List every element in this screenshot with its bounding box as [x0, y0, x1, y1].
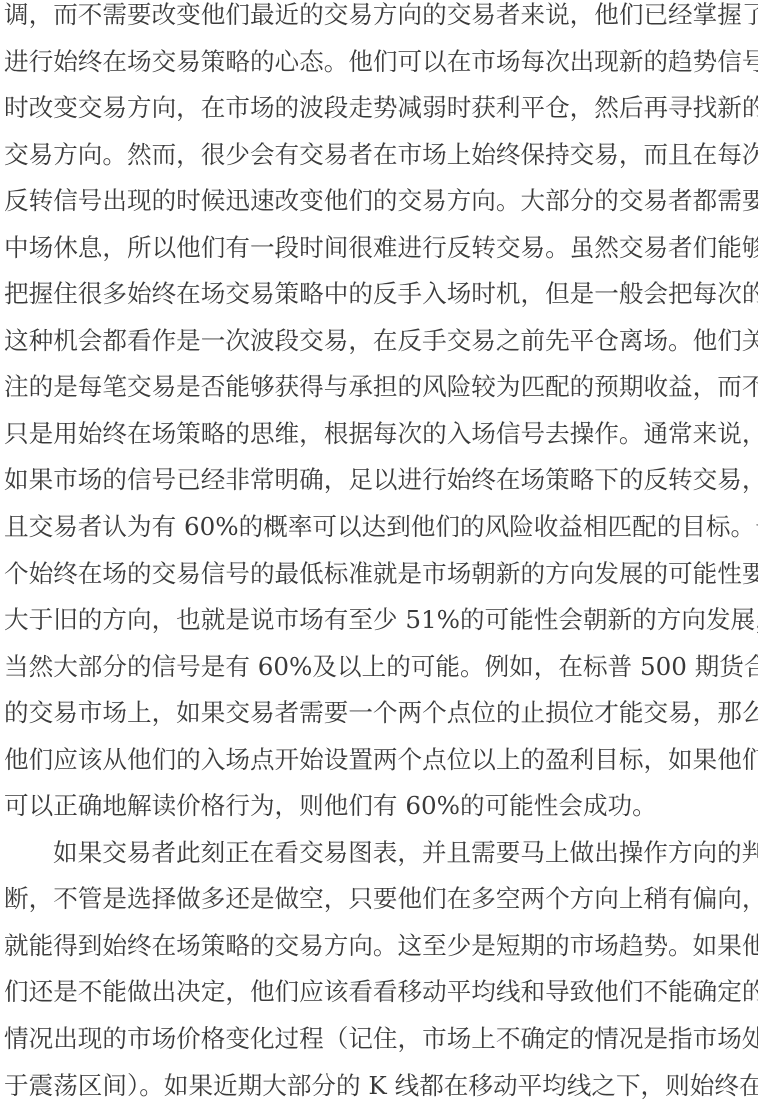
paragraph-1: 调，而不需要改变他们最近的交易方向的交易者来说，他们已经掌握了 进行始终在场交易…: [4, 0, 750, 830]
text-line: 这种机会都看作是一次波段交易，在反手交易之前先平仓离场。他们关: [4, 318, 750, 365]
text-line: 如果市场的信号已经非常明确，足以进行始终在场策略下的反转交易，: [4, 457, 750, 504]
text-line: 调，而不需要改变他们最近的交易方向的交易者来说，他们已经掌握了: [4, 0, 750, 39]
text-line: 可以正确地解读价格行为，则他们有 60%的可能性会成功。: [4, 783, 750, 830]
text-line: 且交易者认为有 60%的概率可以达到他们的风险收益相匹配的目标。一: [4, 504, 750, 551]
text-line: 于震荡区间）。如果近期大部分的 K 线都在移动平均线之下，则始终在场: [4, 1063, 750, 1110]
text-line: 如果交易者此刻正在看交易图表，并且需要马上做出操作方向的判: [4, 830, 750, 877]
text-line: 情况出现的市场价格变化过程（记住，市场上不确定的情况是指市场处: [4, 1016, 750, 1063]
text-line: 个始终在场的交易信号的最低标准就是市场朝新的方向发展的可能性要: [4, 551, 750, 598]
paragraph-2: 如果交易者此刻正在看交易图表，并且需要马上做出操作方向的判 断，不管是选择做多还…: [4, 830, 750, 1109]
text-line: 注的是每笔交易是否能够获得与承担的风险较为匹配的预期收益，而不: [4, 364, 750, 411]
text-line: 断，不管是选择做多还是做空，只要他们在多空两个方向上稍有偏向，: [4, 876, 750, 923]
text-line: 进行始终在场交易策略的心态。他们可以在市场每次出现新的趋势信号: [4, 39, 750, 86]
text-line: 时改变交易方向，在市场的波段走势减弱时获利平仓，然后再寻找新的: [4, 85, 750, 132]
text-line: 他们应该从他们的入场点开始设置两个点位以上的盈利目标，如果他们: [4, 737, 750, 784]
text-line: 们还是不能做出决定，他们应该看看移动平均线和导致他们不能确定的: [4, 969, 750, 1016]
document-page: 调，而不需要改变他们最近的交易方向的交易者来说，他们已经掌握了 进行始终在场交易…: [4, 0, 750, 1109]
text-line: 当然大部分的信号是有 60%及以上的可能。例如，在标普 500 期货合约: [4, 644, 750, 691]
text-line: 大于旧的方向，也就是说市场有至少 51%的可能性会朝新的方向发展，: [4, 597, 750, 644]
text-line: 就能得到始终在场策略的交易方向。这至少是短期的市场趋势。如果他: [4, 923, 750, 970]
text-line: 反转信号出现的时候迅速改变他们的交易方向。大部分的交易者都需要: [4, 178, 750, 225]
text-line: 把握住很多始终在场交易策略中的反手入场时机，但是一般会把每次的: [4, 271, 750, 318]
text-line: 只是用始终在场策略的思维，根据每次的入场信号去操作。通常来说，: [4, 411, 750, 458]
text-line: 的交易市场上，如果交易者需要一个两个点位的止损位才能交易，那么: [4, 690, 750, 737]
text-line: 中场休息，所以他们有一段时间很难进行反转交易。虽然交易者们能够: [4, 225, 750, 272]
text-line: 交易方向。然而，很少会有交易者在市场上始终保持交易，而且在每次: [4, 132, 750, 179]
